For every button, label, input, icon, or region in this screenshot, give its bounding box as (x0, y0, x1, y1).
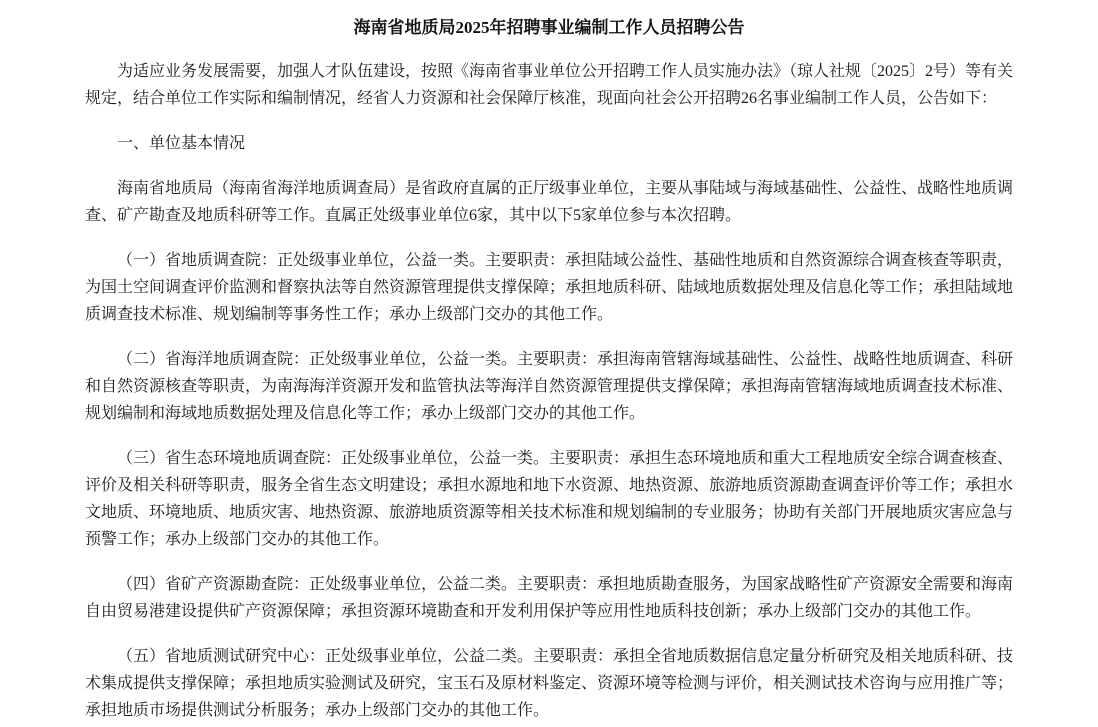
paragraph-unit-4-mineral-resources-exploration-institute: （四）省矿产资源勘查院：正处级事业单位，公益二类。主要职责：承担地质勘查服务，为… (85, 571, 1013, 625)
section-heading-basic-info: 一、单位基本情况 (85, 130, 1013, 157)
paragraph-unit-5-geological-testing-research-center: （五）省地质测试研究中心：正处级事业单位，公益二类。主要职责：承担全省地质数据信… (85, 643, 1013, 724)
document-title: 海南省地质局2025年招聘事业编制工作人员招聘公告 (85, 14, 1013, 41)
intro-paragraph: 为适应业务发展需要，加强人才队伍建设，按照《海南省事业单位公开招聘工作人员实施办… (85, 58, 1013, 112)
paragraph-bureau-overview: 海南省地质局（海南省海洋地质调查局）是省政府直属的正厅级事业单位，主要从事陆域与… (85, 175, 1013, 229)
paragraph-unit-1-geological-survey-institute: （一）省地质调查院：正处级事业单位，公益一类。主要职责：承担陆域公益性、基础性地… (85, 247, 1013, 328)
paragraph-unit-3-eco-environment-geological-survey-institute: （三）省生态环境地质调查院：正处级事业单位，公益一类。主要职责：承担生态环境地质… (85, 445, 1013, 553)
paragraph-unit-2-marine-geological-survey-institute: （二）省海洋地质调查院：正处级事业单位，公益一类。主要职责：承担海南管辖海域基础… (85, 346, 1013, 427)
announcement-document: 海南省地质局2025年招聘事业编制工作人员招聘公告 为适应业务发展需要，加强人才… (0, 0, 1098, 727)
